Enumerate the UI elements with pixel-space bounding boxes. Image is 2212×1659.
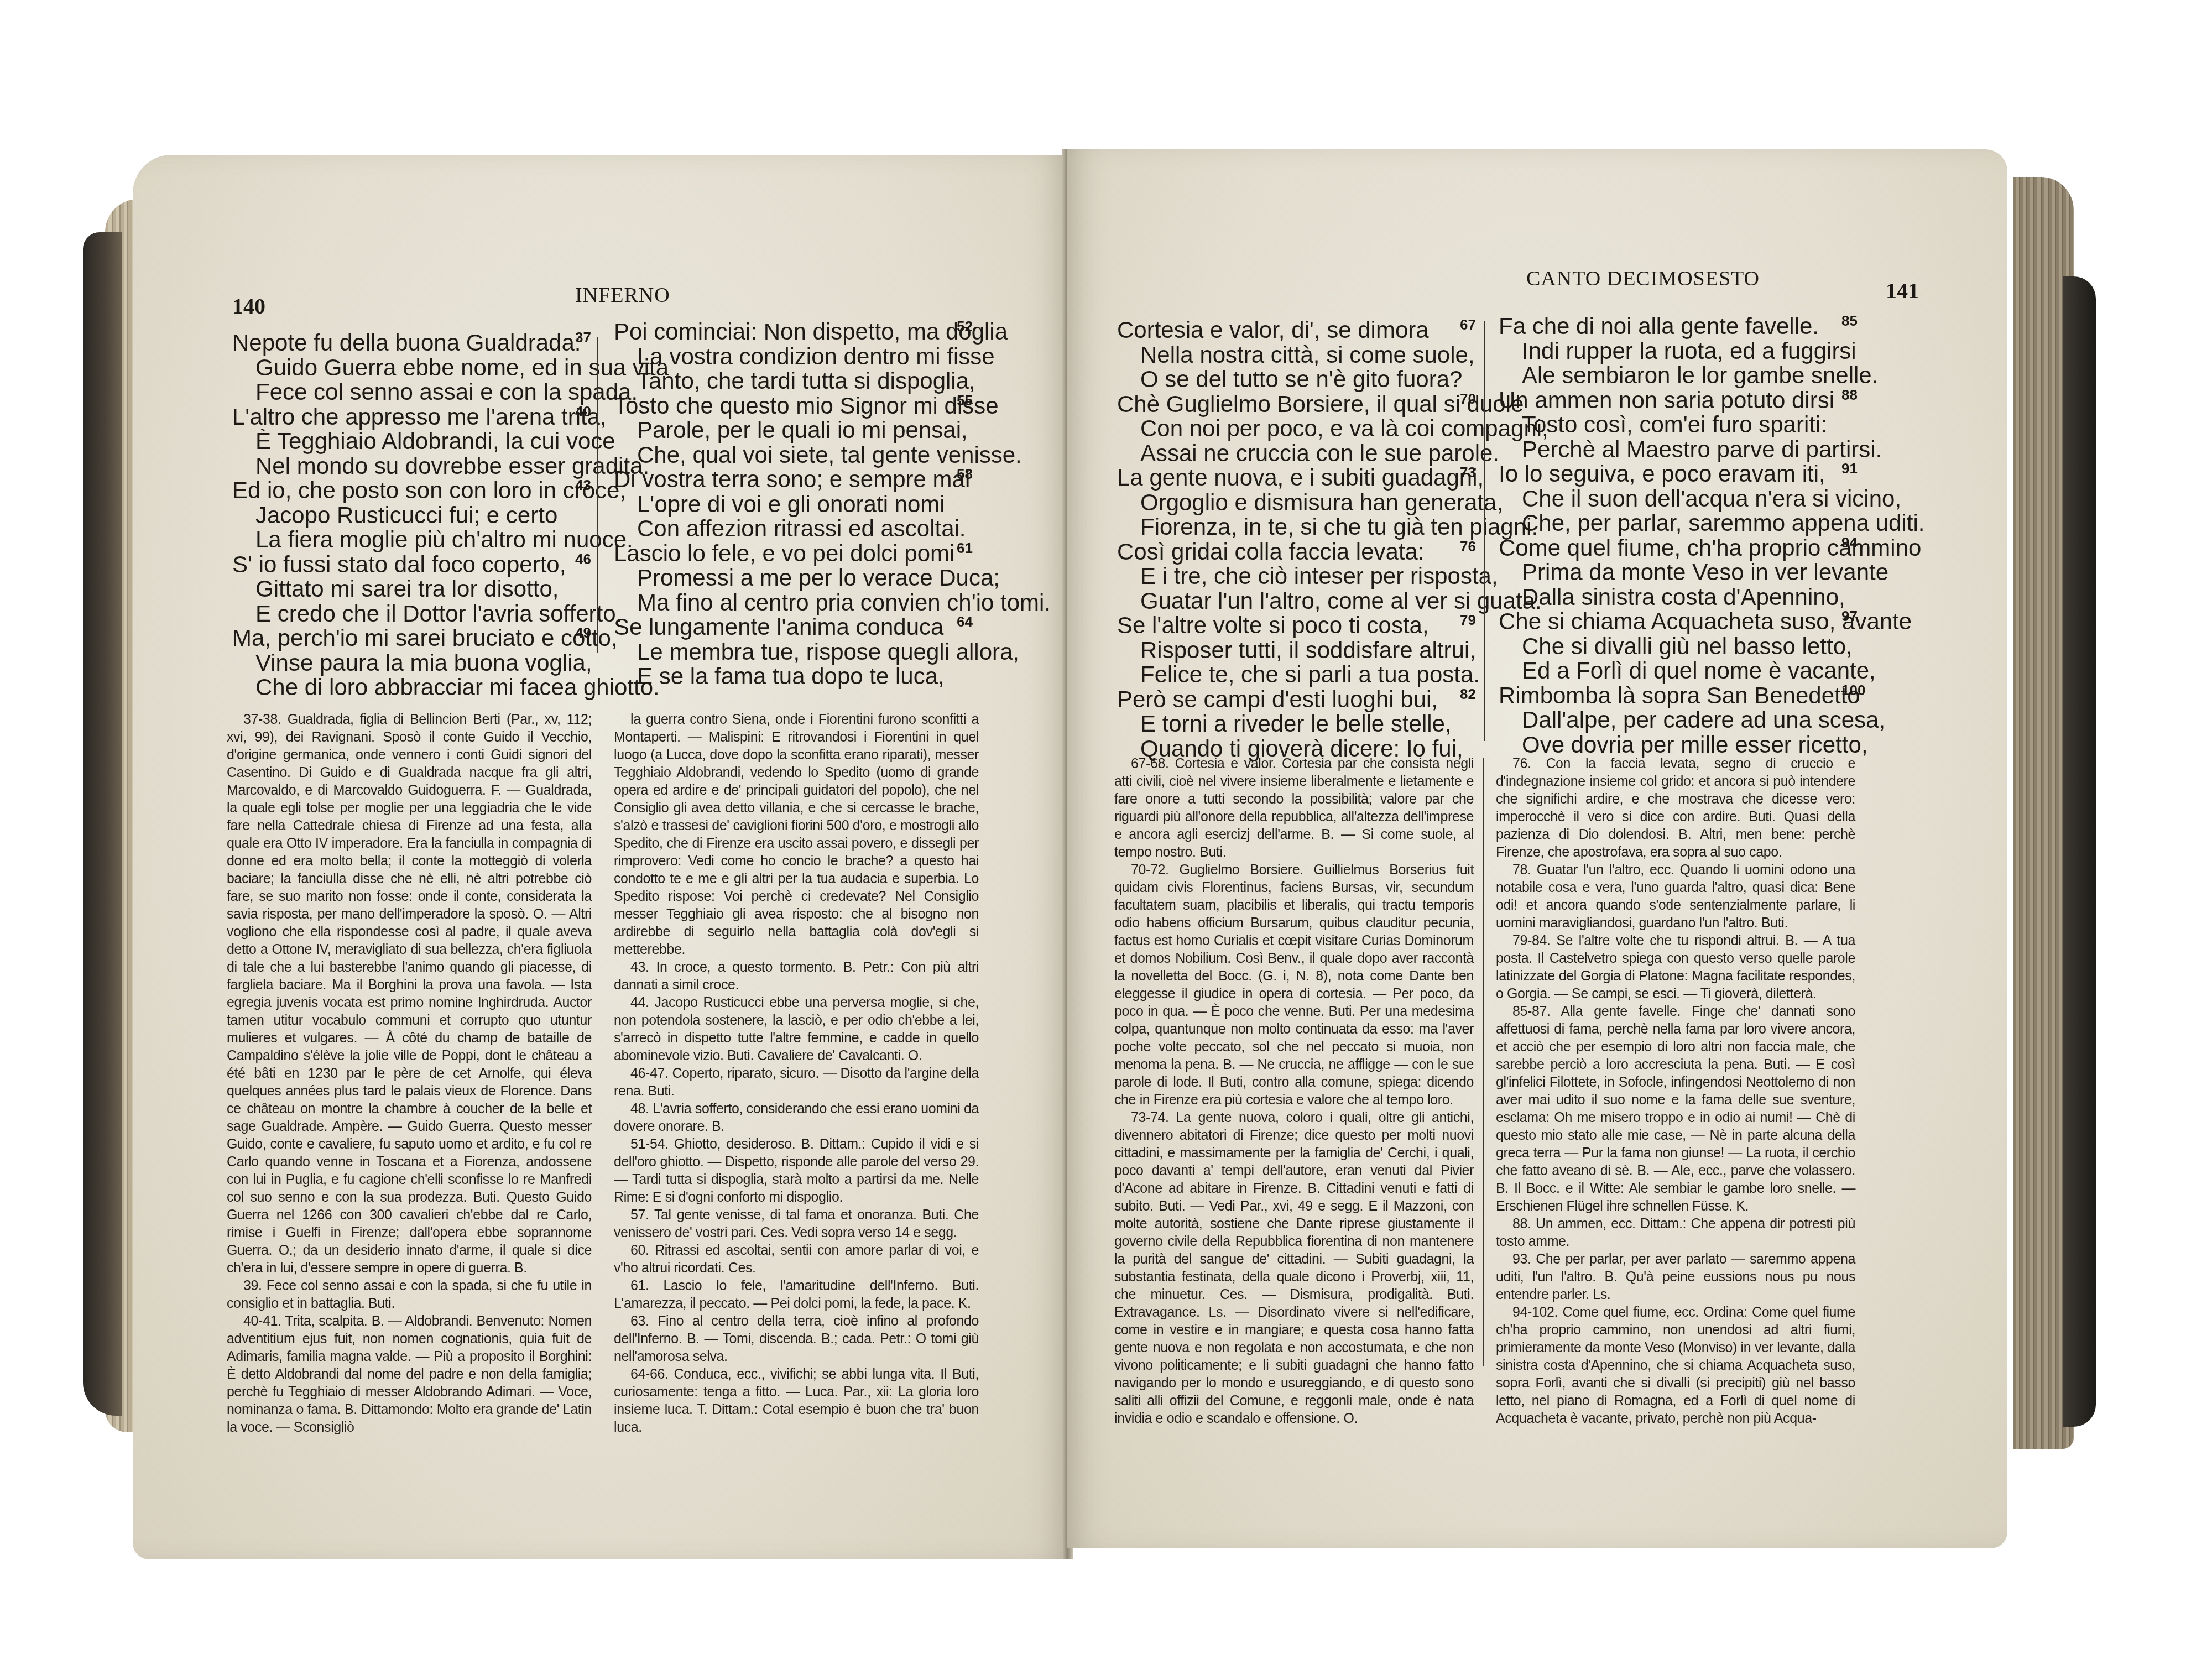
column-rule — [1484, 321, 1485, 741]
verse-text: Come quel fiume, ch'ha proprio cammino — [1499, 535, 1921, 561]
verse-line: La fiera moglie più ch'altro mi nuoce. — [232, 528, 586, 552]
verse-line: Tosto che questo mio Signor mi disse55 — [614, 394, 968, 419]
verse-number: 64 — [957, 609, 973, 634]
verse-line: Orgoglio e dismisura han generata, — [1117, 491, 1471, 515]
verse-text: Tanto, che tardi tutta si dispoglia, — [637, 368, 975, 394]
verse-line: Se lungamente l'anima conduca64 — [614, 615, 968, 640]
verse-line: Fece col senno assai e con la spada. — [232, 380, 586, 405]
verse-text: È Tegghiaio Aldobrandi, la cui voce — [255, 428, 615, 454]
commentary-note: 61. Lascio lo fele, l'amaritudine dell'I… — [614, 1277, 979, 1312]
verse-text: Le membra tue, rispose quegli allora, — [637, 639, 1019, 665]
commentary-note: 85-87. Alla gente favelle. Finge che' da… — [1496, 1003, 1855, 1215]
verse-line: Tosto così, com'ei furo spariti: — [1499, 413, 1853, 437]
verse-text: Se lungamente l'anima conduca — [614, 614, 943, 640]
verse-number: 49 — [575, 620, 591, 645]
verse-line: Con affezion ritrassi ed ascoltai. — [614, 517, 968, 541]
commentary-note: 93. Che per parlar, per aver parlato — s… — [1496, 1250, 1855, 1303]
verse-column-2: Fa che di noi alla gente favelle.85Indi … — [1499, 314, 1853, 757]
verse-column-2: Poi cominciai: Non dispetto, ma doglia52… — [614, 320, 968, 689]
commentary-note: 46-47. Coperto, riparato, sicuro. — Diso… — [614, 1065, 979, 1100]
verse-text: O se del tutto se n'è gito fuora? — [1140, 366, 1462, 392]
verse-line: Fiorenza, in te, si che tu già ten piagn… — [1117, 515, 1471, 540]
verse-text: Di vostra terra sono; e sempre mai — [614, 466, 970, 492]
verse-line: Vinse paura la mia buona voglia, — [232, 651, 586, 676]
verse-text: Indi rupper la ruota, ed a fuggirsi — [1522, 338, 1856, 364]
verse-line: Le membra tue, rispose quegli allora, — [614, 640, 968, 665]
verse-line: Dalla sinistra costa d'Apennino, — [1499, 585, 1853, 610]
commentary-note: 63. Fino al centro della terra, cioè inf… — [614, 1312, 979, 1365]
running-head: INFERNO — [575, 283, 670, 307]
left-cover-binding — [83, 232, 122, 1416]
commentary-note: 40-41. Trita, scalpita. B. — Aldobrandi.… — [227, 1312, 592, 1436]
verse-line: Lascio lo fele, e vo pei dolci pomi61 — [614, 541, 968, 566]
verse-text: Tosto che questo mio Signor mi disse — [614, 393, 999, 419]
verse-line: Fa che di noi alla gente favelle.85 — [1499, 314, 1853, 339]
verse-line: Che si divalli giù nel basso letto, — [1499, 634, 1853, 659]
verse-line: S' io fussi stato dal foco coperto,46 — [232, 552, 586, 577]
verse-text: Assai ne cruccia con le sue parole. — [1140, 440, 1499, 466]
verse-line: Jacopo Rusticucci fui; e certo — [232, 503, 586, 528]
verse-text: L'altro che appresso me l'arena trita, — [232, 404, 607, 430]
verse-text: Che il suon dell'acqua n'era si vicino, — [1522, 486, 1901, 512]
verse-column-1: Cortesia e valor, di', se dimora67Nella … — [1117, 318, 1471, 761]
verse-text: S' io fussi stato dal foco coperto, — [232, 551, 566, 577]
verse-text: Poi cominciai: Non dispetto, ma doglia — [614, 319, 1008, 345]
commentary-note: 76. Con la faccia levata, segno di crucc… — [1496, 755, 1855, 861]
verse-line: Come quel fiume, ch'ha proprio cammino94 — [1499, 536, 1853, 561]
verse-text: Io lo seguiva, e poco eravam iti, — [1499, 461, 1825, 487]
verse-text: Ma fino al centro pria convien ch'io tom… — [637, 589, 1051, 615]
commentary-note: 44. Jacopo Rusticucci ebbe una perversa … — [614, 994, 979, 1065]
commentary-note: 57. Tal gente venisse, di tal fama et on… — [614, 1206, 979, 1241]
verse-line: Gittato mi sarei tra lor disotto, — [232, 577, 586, 602]
verse-text: Fa che di noi alla gente favelle. — [1499, 313, 1819, 339]
verse-text: Che si divalli giù nel basso letto, — [1522, 633, 1853, 659]
commentary-note: 70-72. Guglielmo Borsiere. Guillielmus B… — [1114, 861, 1474, 1109]
commentary-note: 88. Un ammen, ecc. Dittam.: Che appena d… — [1496, 1215, 1855, 1250]
verse-text: E i tre, che ciò inteser per risposta, — [1140, 563, 1498, 589]
verse-number: 58 — [957, 462, 973, 487]
verse-line: Che il suon dell'acqua n'era si vicino, — [1499, 487, 1853, 512]
verse-number: 97 — [1841, 604, 1858, 629]
verse-number: 37 — [575, 325, 591, 350]
verse-text: Felice te, che si parli a tua posta. — [1140, 661, 1480, 687]
verse-line: Però se campi d'esti luoghi bui,82 — [1117, 687, 1471, 712]
verse-line: E i tre, che ciò inteser per risposta, — [1117, 564, 1471, 589]
verse-number: 67 — [1460, 312, 1476, 337]
verse-line: Assai ne cruccia con le sue parole. — [1117, 441, 1471, 466]
verse-line: Ed a Forlì di quel nome è vacante, — [1499, 659, 1853, 684]
verse-text: Così gridai colla faccia levata: — [1117, 539, 1425, 565]
verse-line: Che si chiama Acquacheta suso, avante97 — [1499, 609, 1853, 634]
verse-text: Che di loro abbracciar mi facea ghiotto. — [255, 674, 660, 700]
verse-line: Dall'alpe, per cadere ad una scesa, — [1499, 708, 1853, 733]
verse-text: Ed io, che posto son con loro in croce, — [232, 477, 626, 503]
verse-line: Con noi per poco, e va là coi compagni, — [1117, 416, 1471, 441]
verse-text: Parole, per le quali io mi pensai, — [637, 417, 968, 443]
verse-line: E se la fama tua dopo te luca, — [614, 664, 968, 689]
verse-line: La vostra condizion dentro mi fisse — [614, 345, 968, 369]
commentary-note: 79-84. Se l'altre volte che tu rispondi … — [1496, 932, 1855, 1003]
verse-text: Perchè al Maestro parve di partirsi. — [1522, 436, 1882, 462]
verse-number: 52 — [957, 314, 973, 339]
verse-line: Poi cominciai: Non dispetto, ma doglia52 — [614, 320, 968, 345]
verse-line: Perchè al Maestro parve di partirsi. — [1499, 437, 1853, 462]
verse-line: Risposer tutti, il soddisfare altrui, — [1117, 638, 1471, 663]
verse-line: È Tegghiaio Aldobrandi, la cui voce — [232, 429, 586, 454]
verse-text: Prima da monte Veso in ver levante — [1522, 559, 1888, 585]
verse-text: Che, per parlar, saremmo appena uditi. — [1522, 510, 1924, 536]
commentary-column-1: 37-38. Gualdrada, figlia di Bellincion B… — [227, 711, 592, 1436]
commentary-note: 60. Ritrassi ed ascoltai, sentii con amo… — [614, 1241, 979, 1277]
verse-line: Guatar l'un l'altro, come al ver si guat… — [1117, 589, 1471, 614]
verse-line: Parole, per le quali io mi pensai, — [614, 418, 968, 443]
verse-text: Fiorenza, in te, si che tu già ten piagn… — [1140, 514, 1538, 540]
right-page: CANTO DECIMOSESTO 141 Cortesia e valor, … — [1067, 149, 2007, 1548]
verse-number: 88 — [1841, 383, 1858, 408]
verse-line: Felice te, che si parli a tua posta. — [1117, 662, 1471, 687]
commentary-column-1: 67-68. Cortesia e valor. Cortesia par ch… — [1114, 755, 1474, 1427]
verse-number: 46 — [575, 547, 591, 572]
verse-line: Ed io, che posto son con loro in croce,4… — [232, 478, 586, 503]
verse-text: Nella nostra città, si come suole, — [1140, 342, 1475, 368]
verse-line: Nel mondo su dovrebbe esser gradita. — [232, 454, 586, 479]
verse-text: Se l'altre volte si poco ti costa, — [1117, 612, 1429, 638]
commentary-note: 94-102. Come quel fiume, ecc. Ordina: Co… — [1496, 1303, 1855, 1427]
verse-line: Così gridai colla faccia levata:76 — [1117, 540, 1471, 565]
verse-column-1: Nepote fu della buona Gualdrada:37Guido … — [232, 331, 586, 700]
verse-line: Ove dovria per mille esser ricetto, — [1499, 733, 1853, 758]
verse-line: Ma fino al centro pria convien ch'io tom… — [614, 591, 968, 615]
verse-line: Cortesia e valor, di', se dimora67 — [1117, 318, 1471, 343]
commentary-note: 78. Guatar l'un l'altro, ecc. Quando li … — [1496, 861, 1855, 932]
verse-text: Tosto così, com'ei furo spariti: — [1522, 411, 1827, 437]
page-number: 140 — [232, 293, 265, 319]
verse-text: Con noi per poco, e va là coi compagni, — [1140, 415, 1548, 441]
verse-text: Gittato mi sarei tra lor disotto, — [255, 576, 559, 602]
verse-number: 79 — [1460, 608, 1476, 633]
verse-line: E credo che il Dottor l'avria sofferto. — [232, 602, 586, 627]
verse-text: L'opre di voi e gli onorati nomi — [637, 491, 945, 517]
verse-number: 73 — [1460, 460, 1476, 485]
verse-text: Ove dovria per mille esser ricetto, — [1522, 732, 1868, 758]
right-cover-binding — [2063, 276, 2096, 1427]
verse-line: Nepote fu della buona Gualdrada:37 — [232, 331, 586, 356]
verse-line: O se del tutto se n'è gito fuora? — [1117, 367, 1471, 392]
commentary-column-2: la guerra contro Siena, onde i Fiorentin… — [614, 711, 979, 1436]
commentary-note: 64-66. Conduca, ecc., vivifichi; se abbi… — [614, 1365, 979, 1436]
verse-number: 40 — [575, 399, 591, 424]
verse-text: E se la fama tua dopo te luca, — [637, 663, 945, 689]
verse-line: Indi rupper la ruota, ed a fuggirsi — [1499, 339, 1853, 364]
open-book: 140 INFERNO Nepote fu della buona Gualdr… — [83, 133, 2096, 1559]
verse-text: E torni a riveder le belle stelle, — [1140, 711, 1452, 737]
verse-line: L'altro che appresso me l'arena trita,40 — [232, 405, 586, 430]
page-number: 141 — [1886, 278, 1919, 304]
verse-line: L'opre di voi e gli onorati nomi — [614, 492, 968, 517]
running-head: CANTO DECIMOSESTO — [1526, 267, 1760, 291]
verse-line: Prima da monte Veso in ver levante — [1499, 560, 1853, 585]
verse-line: Chè Guglielmo Borsiere, il qual si duole… — [1117, 392, 1471, 417]
commentary-note: 39. Fece col senno assai e con la spada,… — [227, 1277, 592, 1312]
verse-line: Un ammen non saria potuto dirsi88 — [1499, 388, 1853, 413]
verse-number: 94 — [1841, 530, 1858, 555]
verse-text: Ed a Forlì di quel nome è vacante, — [1522, 658, 1876, 684]
verse-number: 82 — [1460, 682, 1476, 707]
verse-text: Rimbomba là sopra San Benedetto — [1499, 682, 1860, 708]
verse-text: Ma, perch'io mi sarei bruciato e cotto, — [232, 625, 618, 651]
commentary-note: 48. L'avria sofferto, considerando che e… — [614, 1100, 979, 1135]
column-rule — [597, 337, 598, 653]
verse-line: Che di loro abbracciar mi facea ghiotto. — [232, 675, 586, 700]
verse-text: Guatar l'un l'altro, come al ver si guat… — [1140, 588, 1542, 614]
verse-text: Però se campi d'esti luoghi bui, — [1117, 686, 1438, 712]
verse-line: Rimbomba là sopra San Benedetto100 — [1499, 684, 1853, 708]
verse-text: Ale sembiaron le lor gambe snelle. — [1522, 362, 1878, 388]
verse-line: Io lo seguiva, e poco eravam iti,91 — [1499, 462, 1853, 487]
verse-line: Ale sembiaron le lor gambe snelle. — [1499, 363, 1853, 388]
verse-text: Vinse paura la mia buona voglia, — [255, 650, 592, 676]
verse-text: Cortesia e valor, di', se dimora — [1117, 317, 1429, 343]
commentary-note: 67-68. Cortesia e valor. Cortesia par ch… — [1114, 755, 1474, 861]
verse-number: 61 — [957, 536, 973, 561]
verse-line: Guido Guerra ebbe nome, ed in sua vita — [232, 356, 586, 380]
verse-text: Promessi a me per lo verace Duca; — [637, 565, 1000, 591]
verse-number: 70 — [1460, 387, 1476, 411]
verse-text: La gente nuova, e i subiti guadagni, — [1117, 465, 1484, 491]
verse-text: Lascio lo fele, e vo pei dolci pomi — [614, 540, 954, 566]
commentary-note: la guerra contro Siena, onde i Fiorentin… — [614, 711, 979, 958]
commentary-note: 37-38. Gualdrada, figlia di Bellincion B… — [227, 711, 592, 1277]
verse-line: La gente nuova, e i subiti guadagni,73 — [1117, 466, 1471, 491]
verse-line: Di vostra terra sono; e sempre mai58 — [614, 467, 968, 492]
left-page: 140 INFERNO Nepote fu della buona Gualdr… — [133, 155, 1067, 1559]
commentary-note: 51-54. Ghiotto, desideroso. B. Dittam.: … — [614, 1135, 979, 1206]
verse-number: 76 — [1460, 534, 1476, 559]
verse-line: Tanto, che tardi tutta si dispoglia, — [614, 369, 968, 394]
verse-number: 43 — [575, 473, 591, 498]
verse-text: Con affezion ritrassi ed ascoltai. — [637, 515, 966, 541]
verse-text: E credo che il Dottor l'avria sofferto. — [255, 601, 622, 627]
verse-line: Promessi a me per lo verace Duca; — [614, 566, 968, 591]
verse-text: Nepote fu della buona Gualdrada: — [232, 330, 581, 356]
column-rule — [602, 713, 602, 1377]
verse-line: Che, per parlar, saremmo appena uditi. — [1499, 511, 1853, 536]
verse-number: 55 — [957, 388, 973, 413]
verse-line: Nella nostra città, si come suole, — [1117, 343, 1471, 368]
verse-number: 85 — [1841, 309, 1858, 333]
verse-text: Jacopo Rusticucci fui; e certo — [255, 502, 557, 528]
verse-line: Ma, perch'io mi sarei bruciato e cotto,4… — [232, 626, 586, 651]
verse-text: Un ammen non saria potuto dirsi — [1499, 387, 1834, 413]
verse-text: Dalla sinistra costa d'Apennino, — [1522, 584, 1845, 610]
verse-text: Dall'alpe, per cadere ad una scesa, — [1522, 707, 1885, 733]
commentary-note: 73-74. La gente nuova, coloro i quali, o… — [1114, 1109, 1474, 1427]
commentary-column-2: 76. Con la faccia levata, segno di crucc… — [1496, 755, 1855, 1427]
verse-text: La vostra condizion dentro mi fisse — [637, 343, 995, 369]
verse-text: Risposer tutti, il soddisfare altrui, — [1140, 637, 1476, 663]
verse-number: 91 — [1841, 456, 1858, 481]
column-rule — [1483, 758, 1484, 1366]
commentary-note: 43. In croce, a questo tormento. B. Petr… — [614, 958, 979, 994]
verse-line: Che, qual voi siete, tal gente venisse. — [614, 443, 968, 468]
verse-text: Orgoglio e dismisura han generata, — [1140, 489, 1503, 515]
verse-text: Guido Guerra ebbe nome, ed in sua vita — [255, 354, 669, 380]
verse-line: Se l'altre volte si poco ti costa,79 — [1117, 613, 1471, 638]
verse-number: 100 — [1841, 678, 1865, 703]
verse-line: E torni a riveder le belle stelle, — [1117, 712, 1471, 737]
